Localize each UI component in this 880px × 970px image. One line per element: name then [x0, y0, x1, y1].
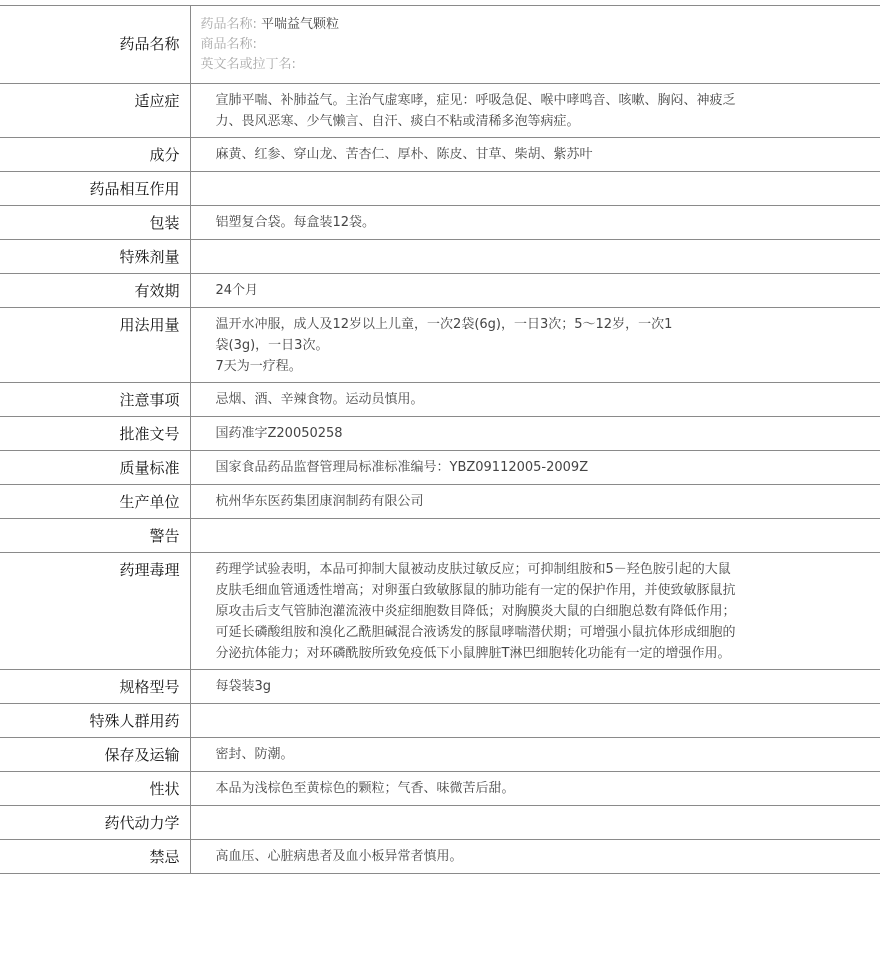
row-special-populations: 特殊人群用药 [0, 704, 880, 738]
row-drug-name: 药品名称 药品名称: 平喘益气颗粒 商品名称: 英文名或拉丁名: [0, 6, 880, 84]
row-label: 性状 [0, 772, 190, 806]
row-precautions: 注意事项忌烟、酒、辛辣食物。运动员慎用。 [0, 383, 880, 417]
value-line: 分泌抗体能力；对环磷酰胺所致免疫低下小鼠脾脏T淋巴细胞转化功能有一定的增强作用。 [216, 643, 791, 664]
english-latin-name-line: 英文名或拉丁名: [201, 55, 880, 75]
row-label: 特殊剂量 [0, 240, 190, 274]
row-ingredients: 成分麻黄、红参、穿山龙、苦杏仁、厚朴、陈皮、甘草、柴胡、紫苏叶 [0, 138, 880, 172]
row-value: 每袋装3g [190, 670, 880, 704]
row-value [190, 519, 880, 553]
value-line: 每袋装3g [216, 676, 791, 697]
row-value [190, 704, 880, 738]
row-label: 适应症 [0, 84, 190, 138]
value-line: 本品为浅棕色至黄棕色的颗粒；气香、味微苦后甜。 [216, 778, 791, 799]
row-value: 铝塑复合袋。每盒装12袋。 [190, 206, 880, 240]
value-line: 原攻击后支气管肺泡灌流液中炎症细胞数目降低；对胸膜炎大鼠的白细胞总数有降低作用； [216, 601, 791, 622]
row-label: 药品名称 [0, 6, 190, 84]
english-latin-name-key: 英文名或拉丁名: [201, 57, 296, 72]
row-special-dosage: 特殊剂量 [0, 240, 880, 274]
row-manufacturer: 生产单位杭州华东医药集团康润制药有限公司 [0, 485, 880, 519]
row-value: 本品为浅棕色至黄棕色的颗粒；气香、味微苦后甜。 [190, 772, 880, 806]
row-label: 保存及运输 [0, 738, 190, 772]
row-value: 宣肺平喘、补肺益气。主治气虚寒哮，症见：呼吸急促、喉中哮鸣音、咳嗽、胸闷、神疲乏… [190, 84, 880, 138]
row-label: 药代动力学 [0, 806, 190, 840]
row-pharmacokinetics: 药代动力学 [0, 806, 880, 840]
row-value: 温开水冲服，成人及12岁以上儿童，一次2袋(6g)，一日3次；5～12岁，一次1… [190, 308, 880, 383]
value-line: 国家食品药品监督管理局标准标准编号：YBZ09112005-2009Z [216, 457, 791, 478]
value-line: 7天为一疗程。 [216, 356, 791, 377]
row-indications: 适应症宣肺平喘、补肺益气。主治气虚寒哮，症见：呼吸急促、喉中哮鸣音、咳嗽、胸闷、… [0, 84, 880, 138]
value-line: 忌烟、酒、辛辣食物。运动员慎用。 [216, 389, 791, 410]
value-line: 高血压、心脏病患者及血小板异常者慎用。 [216, 846, 791, 867]
row-label: 批准文号 [0, 417, 190, 451]
row-value: 24个月 [190, 274, 880, 308]
value-line: 皮肤毛细血管通透性增高；对卵蛋白致敏豚鼠的肺功能有一定的保护作用，并使致敏豚鼠抗 [216, 580, 791, 601]
row-label: 生产单位 [0, 485, 190, 519]
value-line: 国药准字Z20050258 [216, 423, 791, 444]
generic-name-line: 药品名称: 平喘益气颗粒 [201, 15, 880, 35]
row-value [190, 806, 880, 840]
row-label: 规格型号 [0, 670, 190, 704]
row-shelf-life: 有效期24个月 [0, 274, 880, 308]
row-label: 有效期 [0, 274, 190, 308]
value-line: 力、畏风恶寒、少气懒言、自汗、痰白不粘或清稀多泡等病症。 [216, 111, 791, 132]
row-label: 质量标准 [0, 451, 190, 485]
trade-name-key: 商品名称: [201, 37, 257, 52]
row-value: 忌烟、酒、辛辣食物。运动员慎用。 [190, 383, 880, 417]
value-line: 药理学试验表明，本品可抑制大鼠被动皮肤过敏反应；可抑制组胺和5－羟色胺引起的大鼠 [216, 559, 791, 580]
row-label: 成分 [0, 138, 190, 172]
row-drug-interactions: 药品相互作用 [0, 172, 880, 206]
row-specification: 规格型号每袋装3g [0, 670, 880, 704]
row-label: 禁忌 [0, 840, 190, 874]
drug-spec-table: 药品名称 药品名称: 平喘益气颗粒 商品名称: 英文名或拉丁名: 适应症宣肺平喘… [0, 5, 880, 874]
row-value: 药理学试验表明，本品可抑制大鼠被动皮肤过敏反应；可抑制组胺和5－羟色胺引起的大鼠… [190, 553, 880, 670]
row-value: 国药准字Z20050258 [190, 417, 880, 451]
row-label: 药理毒理 [0, 553, 190, 670]
row-value: 麻黄、红参、穿山龙、苦杏仁、厚朴、陈皮、甘草、柴胡、紫苏叶 [190, 138, 880, 172]
value-line: 可延长磷酸组胺和溴化乙酰胆碱混合液诱发的豚鼠哮喘潜伏期；可增强小鼠抗体形成细胞的 [216, 622, 791, 643]
value-line: 密封、防潮。 [216, 744, 791, 765]
row-storage-transport: 保存及运输密封、防潮。 [0, 738, 880, 772]
row-value: 杭州华东医药集团康润制药有限公司 [190, 485, 880, 519]
row-pharmacology-toxicology: 药理毒理药理学试验表明，本品可抑制大鼠被动皮肤过敏反应；可抑制组胺和5－羟色胺引… [0, 553, 880, 670]
row-approval-number: 批准文号国药准字Z20050258 [0, 417, 880, 451]
value-line: 温开水冲服，成人及12岁以上儿童，一次2袋(6g)，一日3次；5～12岁，一次1 [216, 314, 791, 335]
row-label: 注意事项 [0, 383, 190, 417]
row-dosage-administration: 用法用量温开水冲服，成人及12岁以上儿童，一次2袋(6g)，一日3次；5～12岁… [0, 308, 880, 383]
row-value: 密封、防潮。 [190, 738, 880, 772]
row-label: 用法用量 [0, 308, 190, 383]
row-label: 包装 [0, 206, 190, 240]
row-label: 药品相互作用 [0, 172, 190, 206]
row-label: 警告 [0, 519, 190, 553]
row-quality-standard: 质量标准国家食品药品监督管理局标准标准编号：YBZ09112005-2009Z [0, 451, 880, 485]
value-line: 袋(3g)，一日3次。 [216, 335, 791, 356]
value-line: 杭州华东医药集团康润制药有限公司 [216, 491, 791, 512]
row-label: 特殊人群用药 [0, 704, 190, 738]
value-line: 24个月 [216, 280, 791, 301]
row-warnings: 警告 [0, 519, 880, 553]
row-value [190, 172, 880, 206]
row-value: 国家食品药品监督管理局标准标准编号：YBZ09112005-2009Z [190, 451, 880, 485]
row-value: 高血压、心脏病患者及血小板异常者慎用。 [190, 840, 880, 874]
row-description: 性状本品为浅棕色至黄棕色的颗粒；气香、味微苦后甜。 [0, 772, 880, 806]
row-packaging: 包装铝塑复合袋。每盒装12袋。 [0, 206, 880, 240]
value-line: 铝塑复合袋。每盒装12袋。 [216, 212, 791, 233]
row-contraindications: 禁忌高血压、心脏病患者及血小板异常者慎用。 [0, 840, 880, 874]
generic-name-key: 药品名称: [201, 17, 257, 32]
value-line: 麻黄、红参、穿山龙、苦杏仁、厚朴、陈皮、甘草、柴胡、紫苏叶 [216, 144, 791, 165]
trade-name-line: 商品名称: [201, 35, 880, 55]
drug-name-values: 药品名称: 平喘益气颗粒 商品名称: 英文名或拉丁名: [190, 6, 880, 84]
row-value [190, 240, 880, 274]
generic-name-value: 平喘益气颗粒 [261, 17, 339, 32]
value-line: 宣肺平喘、补肺益气。主治气虚寒哮，症见：呼吸急促、喉中哮鸣音、咳嗽、胸闷、神疲乏 [216, 90, 791, 111]
